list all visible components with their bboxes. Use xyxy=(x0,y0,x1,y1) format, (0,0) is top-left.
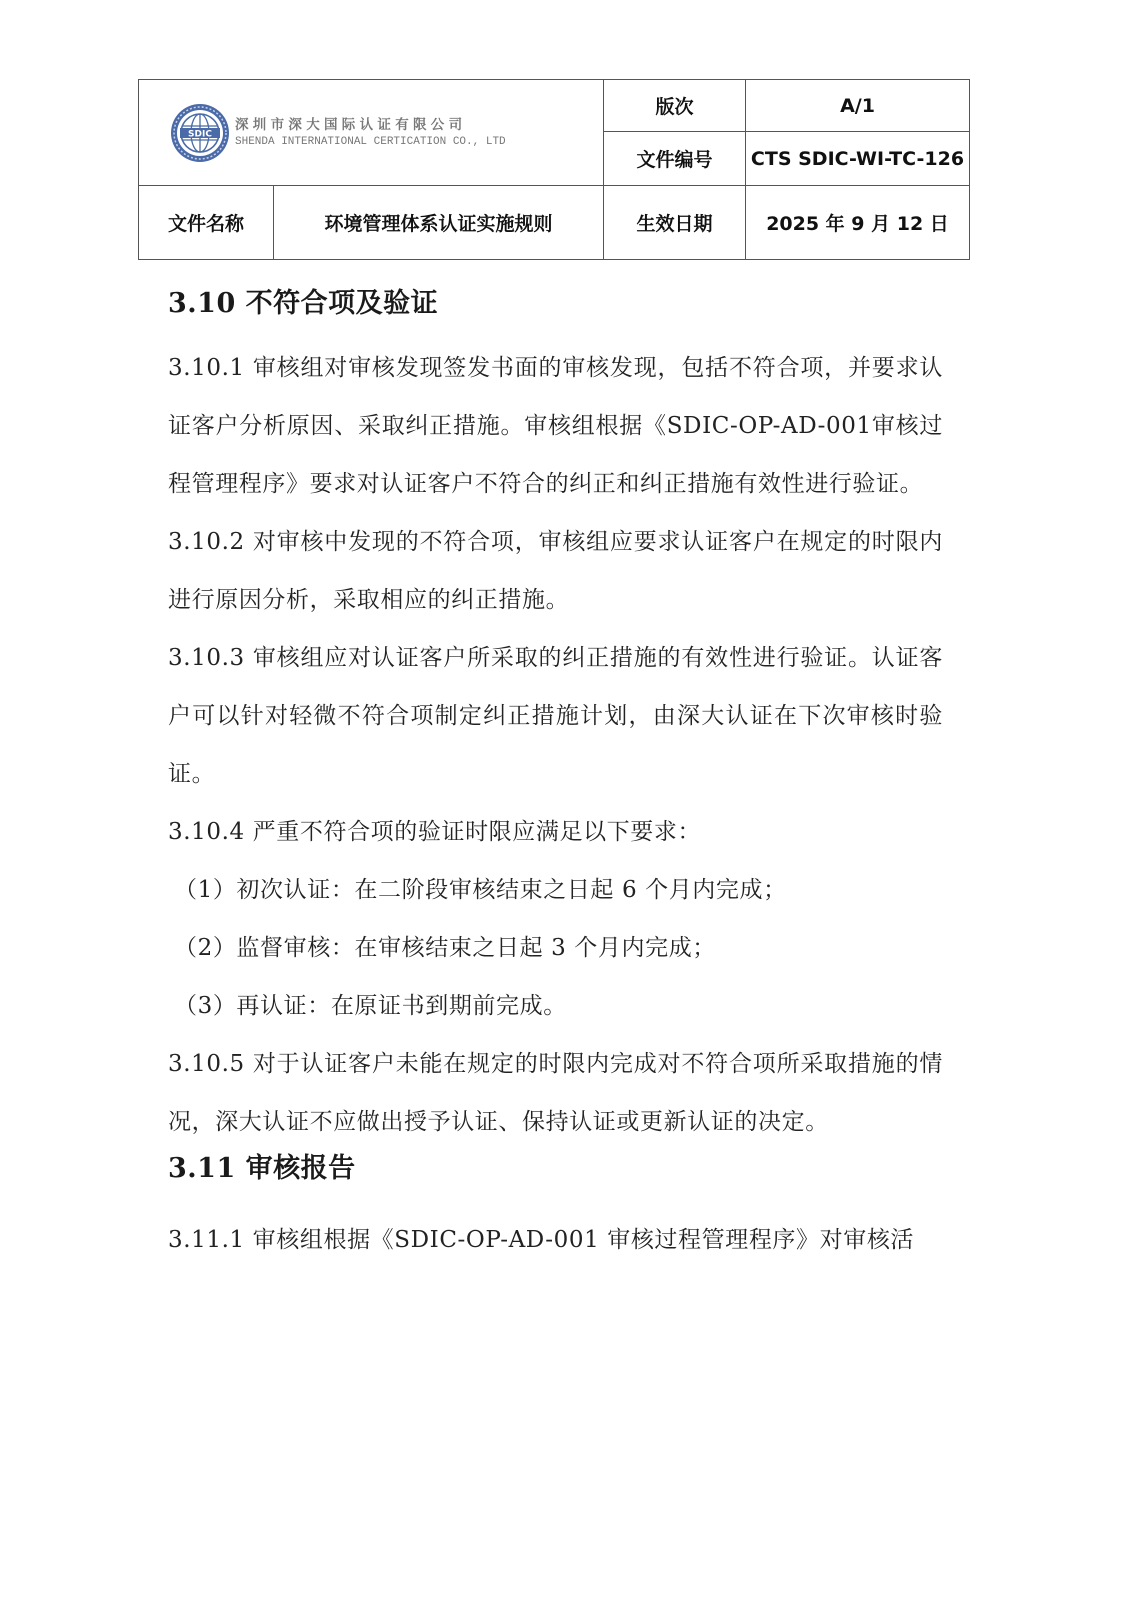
section-heading-3-10: 3.10 不符合项及验证 xyxy=(168,282,943,326)
list-item-surveillance-audit: （2）监督审核：在审核结束之日起 3 个月内完成； xyxy=(168,919,943,977)
effective-date-label: 生效日期 xyxy=(604,186,746,260)
sdic-globe-emblem-icon: SDIC xyxy=(169,102,231,164)
list-item-recertification: （3）再认证：在原证书到期前完成。 xyxy=(168,977,943,1035)
doc-name-value: 环境管理体系认证实施规则 xyxy=(274,186,604,260)
version-value: A/1 xyxy=(746,80,970,132)
doc-name-label: 文件名称 xyxy=(139,186,274,260)
svg-text:SDIC: SDIC xyxy=(188,130,212,140)
section-heading-3-11: 3.11 审核报告 xyxy=(168,1147,943,1191)
paragraph-3-10-5: 3.10.5 对于认证客户未能在规定的时限内完成对不符合项所采取措施的情况，深大… xyxy=(168,1035,943,1151)
doc-number-label: 文件编号 xyxy=(604,132,746,186)
paragraph-3-10-4: 3.10.4 严重不符合项的验证时限应满足以下要求： xyxy=(168,803,943,861)
paragraph-3-10-3: 3.10.3 审核组应对认证客户所采取的纠正措施的有效性进行验证。认证客户可以针… xyxy=(168,629,943,803)
company-name-cn: 深圳市深大国际认证有限公司 xyxy=(235,116,506,134)
paragraph-3-10-2: 3.10.2 对审核中发现的不符合项，审核组应要求认证客户在规定的时限内进行原因… xyxy=(168,513,943,629)
company-logo: SDIC 深圳市深大国际认证有限公司 SHENDA INTERNATIONAL … xyxy=(169,102,506,164)
version-label: 版次 xyxy=(604,80,746,132)
doc-number-value: CTS SDIC-WI-TC-126 xyxy=(746,132,970,186)
list-item-initial-certification: （1）初次认证：在二阶段审核结束之日起 6 个月内完成； xyxy=(168,861,943,919)
paragraph-3-10-1: 3.10.1 审核组对审核发现签发书面的审核发现，包括不符合项，并要求认证客户分… xyxy=(168,339,943,513)
document-header-table: SDIC 深圳市深大国际认证有限公司 SHENDA INTERNATIONAL … xyxy=(138,79,970,260)
document-body: 3.10 不符合项及验证 3.10.1 审核组对审核发现签发书面的审核发现，包括… xyxy=(168,280,943,1269)
paragraph-3-11-1: 3.11.1 审核组根据《SDIC-OP-AD-001 审核过程管理程序》对审核… xyxy=(168,1211,943,1269)
company-name-en: SHENDA INTERNATIONAL CERTICATION CO., LT… xyxy=(235,134,506,150)
company-logo-cell: SDIC 深圳市深大国际认证有限公司 SHENDA INTERNATIONAL … xyxy=(139,80,604,186)
effective-date-value: 2025 年 9 月 12 日 xyxy=(746,186,970,260)
